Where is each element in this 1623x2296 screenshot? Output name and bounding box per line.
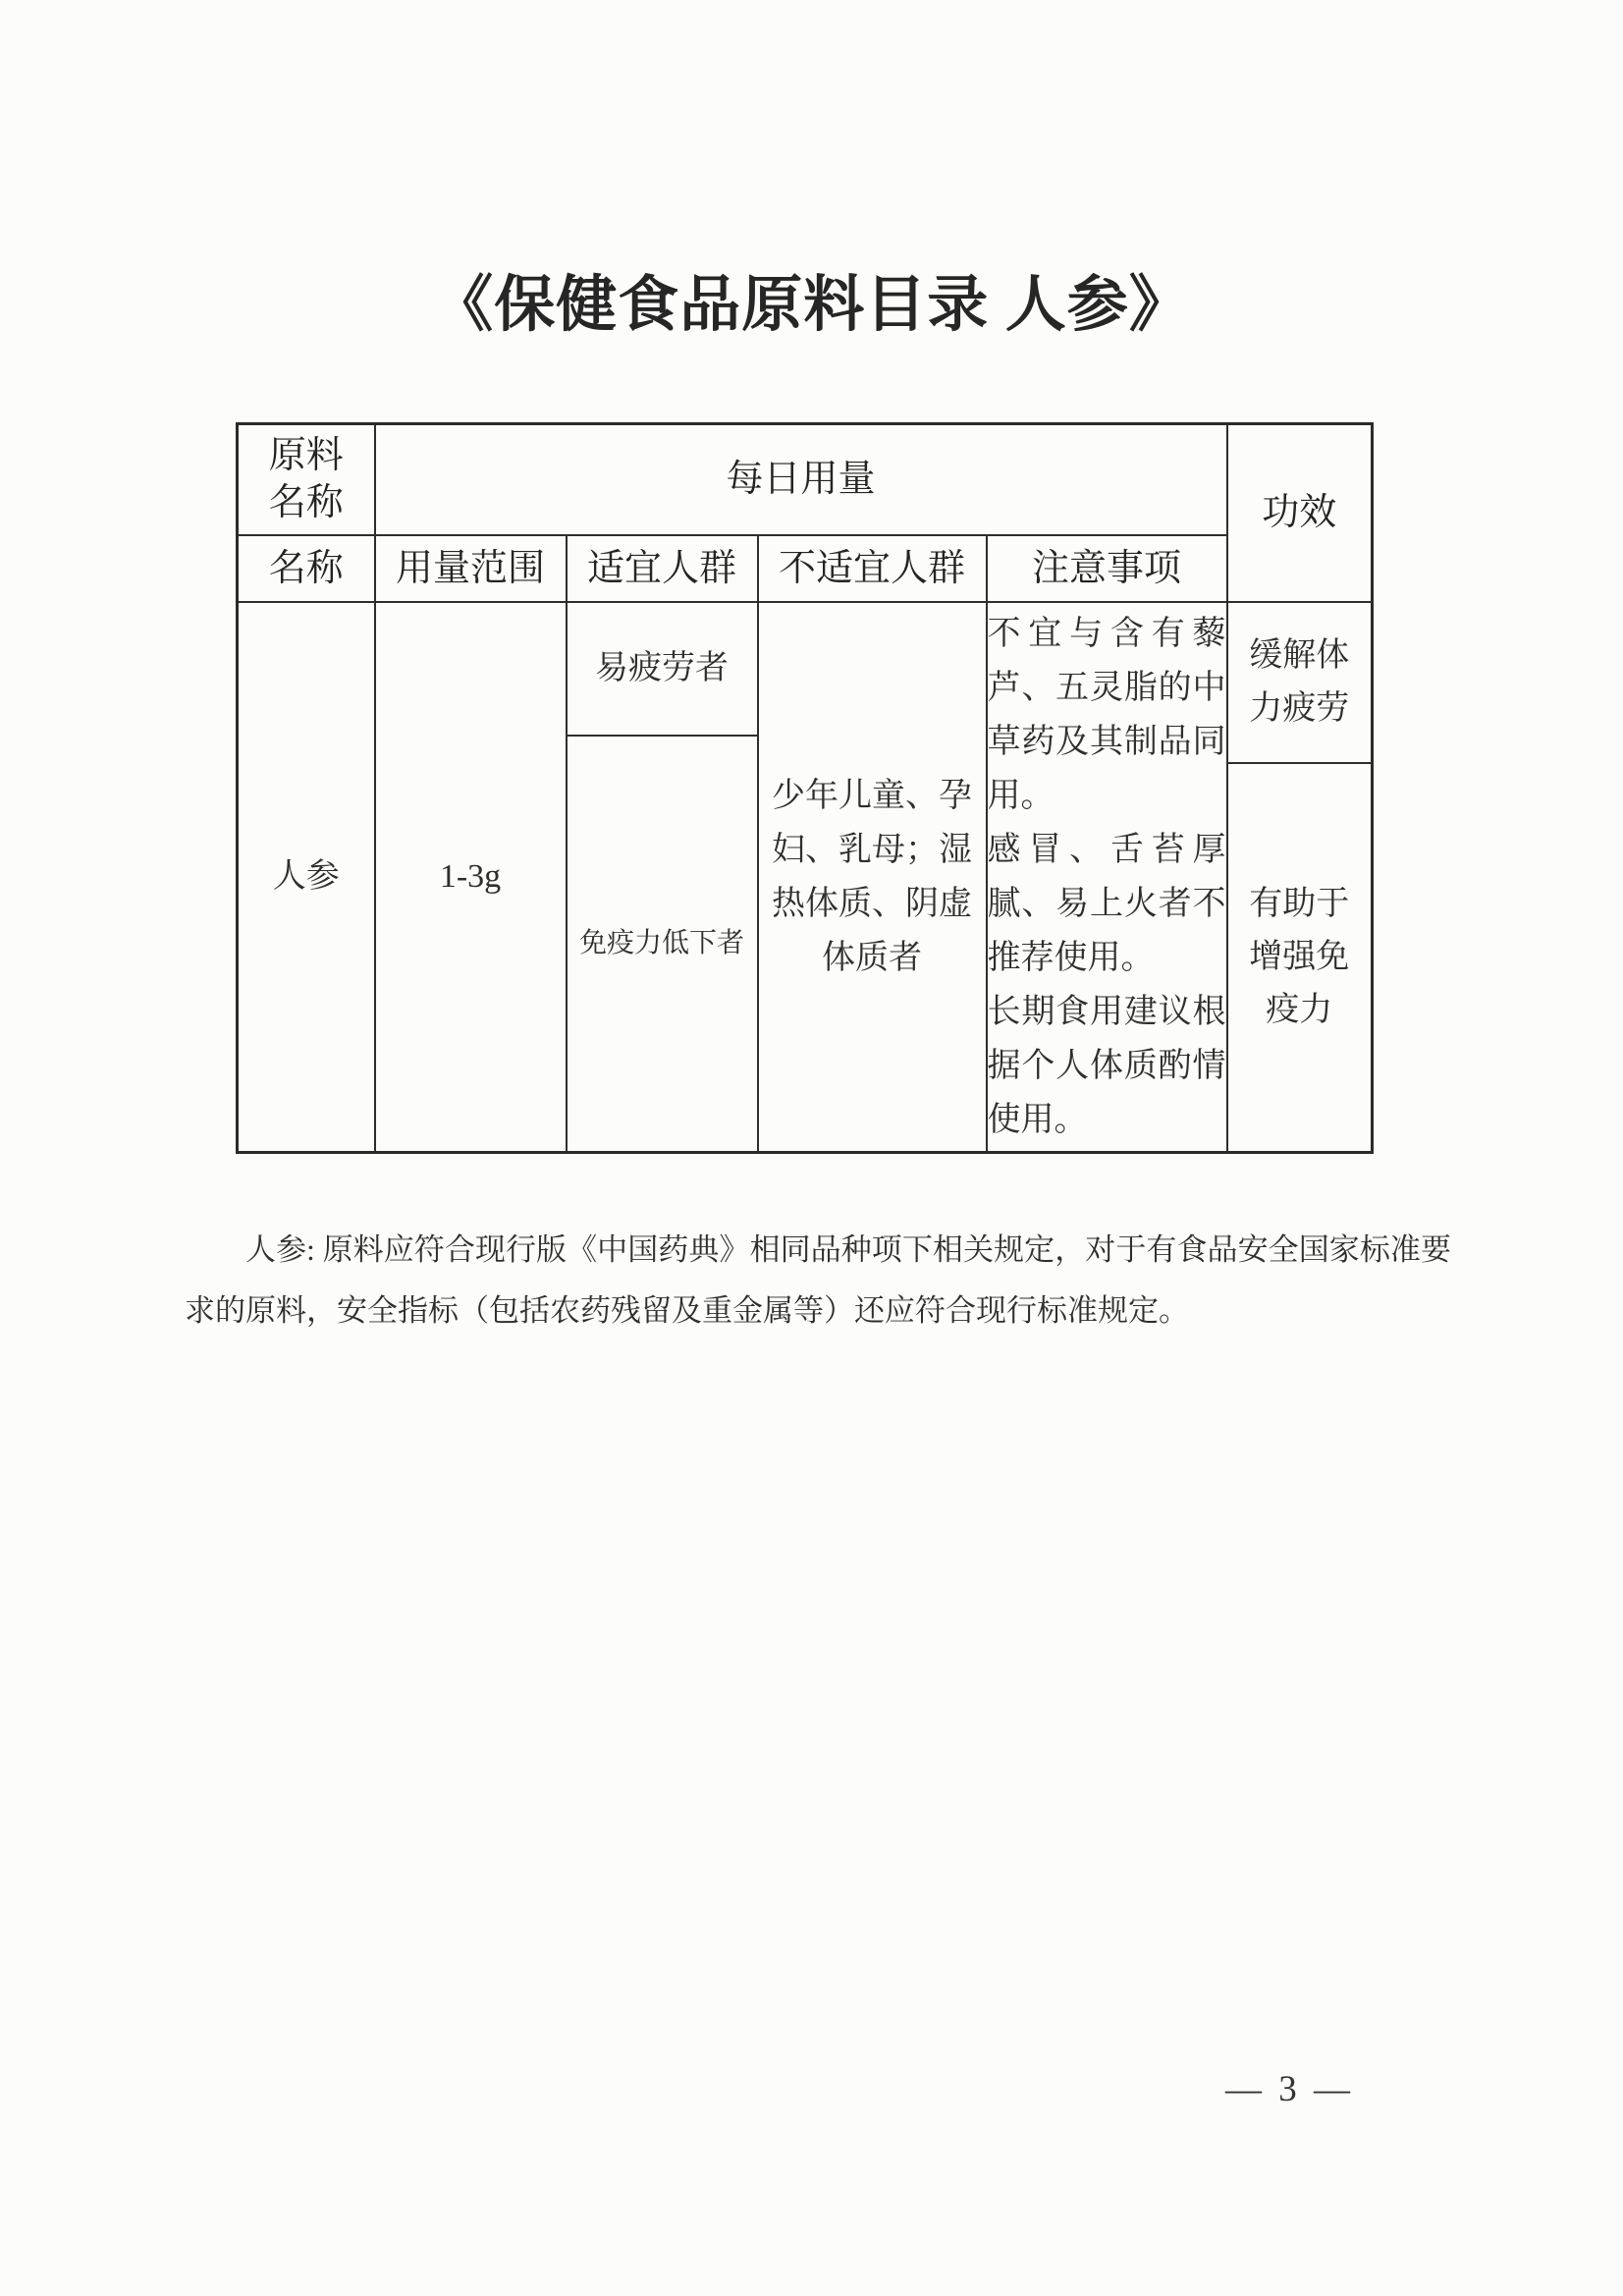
header-precautions: 注意事项 (987, 535, 1227, 602)
precaution-paragraph-1: 不宜与含有藜芦、五灵脂的中草药及其制品同用。 (988, 607, 1226, 823)
header-material-name: 原料名称 (238, 424, 375, 535)
document-page: 《保健食品原料目录 人参》 原料名称 每日用量 功效 名称 (0, 0, 1623, 2296)
cell-suitable-immunity: 免疫力低下者 (567, 736, 758, 1153)
precaution-paragraph-3: 长期食用建议根据个人体质酌情使用。 (988, 985, 1226, 1147)
cell-efficacy-fatigue-label: 缓解体力疲劳 (1248, 629, 1351, 736)
ingredient-table: 原料名称 每日用量 功效 名称 用量范围 适宜人群 不适宜人群 注意事项 人参 … (236, 422, 1374, 1154)
header-name: 名称 (238, 535, 375, 602)
body-row-1: 人参 1-3g 易疲劳者 少年儿童、孕妇、乳母；湿热体质、阴虚体质者 不宜与含有… (238, 602, 1373, 736)
header-row-1: 原料名称 每日用量 功效 (238, 424, 1373, 535)
header-material-name-label: 原料名称 (267, 432, 346, 526)
ingredient-table-wrapper: 原料名称 每日用量 功效 名称 用量范围 适宜人群 不适宜人群 注意事项 人参 … (236, 422, 1374, 1154)
cell-ingredient-name: 人参 (238, 602, 375, 1153)
page-number: — 3 — (1225, 2068, 1354, 2110)
footnote-paragraph: 人参: 原料应符合现行版《中国药典》相同品种项下相关规定，对于有食品安全国家标准… (185, 1220, 1451, 1341)
cell-efficacy-fatigue: 缓解体力疲劳 (1227, 602, 1373, 763)
cell-efficacy-immunity-label: 有助于增强免疫力 (1248, 878, 1351, 1037)
page-title: 《保健食品原料目录 人参》 (0, 267, 1623, 344)
cell-dose-range: 1-3g (375, 602, 567, 1153)
header-suitable-people: 适宜人群 (567, 535, 758, 602)
header-daily-dose: 每日用量 (375, 424, 1227, 535)
precaution-paragraph-2: 感冒、舌苔厚腻、易上火者不推荐使用。 (988, 823, 1226, 985)
header-unsuitable-people: 不适宜人群 (758, 535, 987, 602)
header-row-2: 名称 用量范围 适宜人群 不适宜人群 注意事项 (238, 535, 1373, 602)
cell-unsuitable-people: 少年儿童、孕妇、乳母；湿热体质、阴虚体质者 (758, 602, 987, 1153)
cell-precautions: 不宜与含有藜芦、五灵脂的中草药及其制品同用。 感冒、舌苔厚腻、易上火者不推荐使用… (987, 602, 1227, 1153)
cell-suitable-fatigue: 易疲劳者 (567, 602, 758, 736)
header-dose-range: 用量范围 (375, 535, 567, 602)
cell-efficacy-immunity: 有助于增强免疫力 (1227, 763, 1373, 1153)
header-efficacy: 功效 (1227, 424, 1373, 602)
